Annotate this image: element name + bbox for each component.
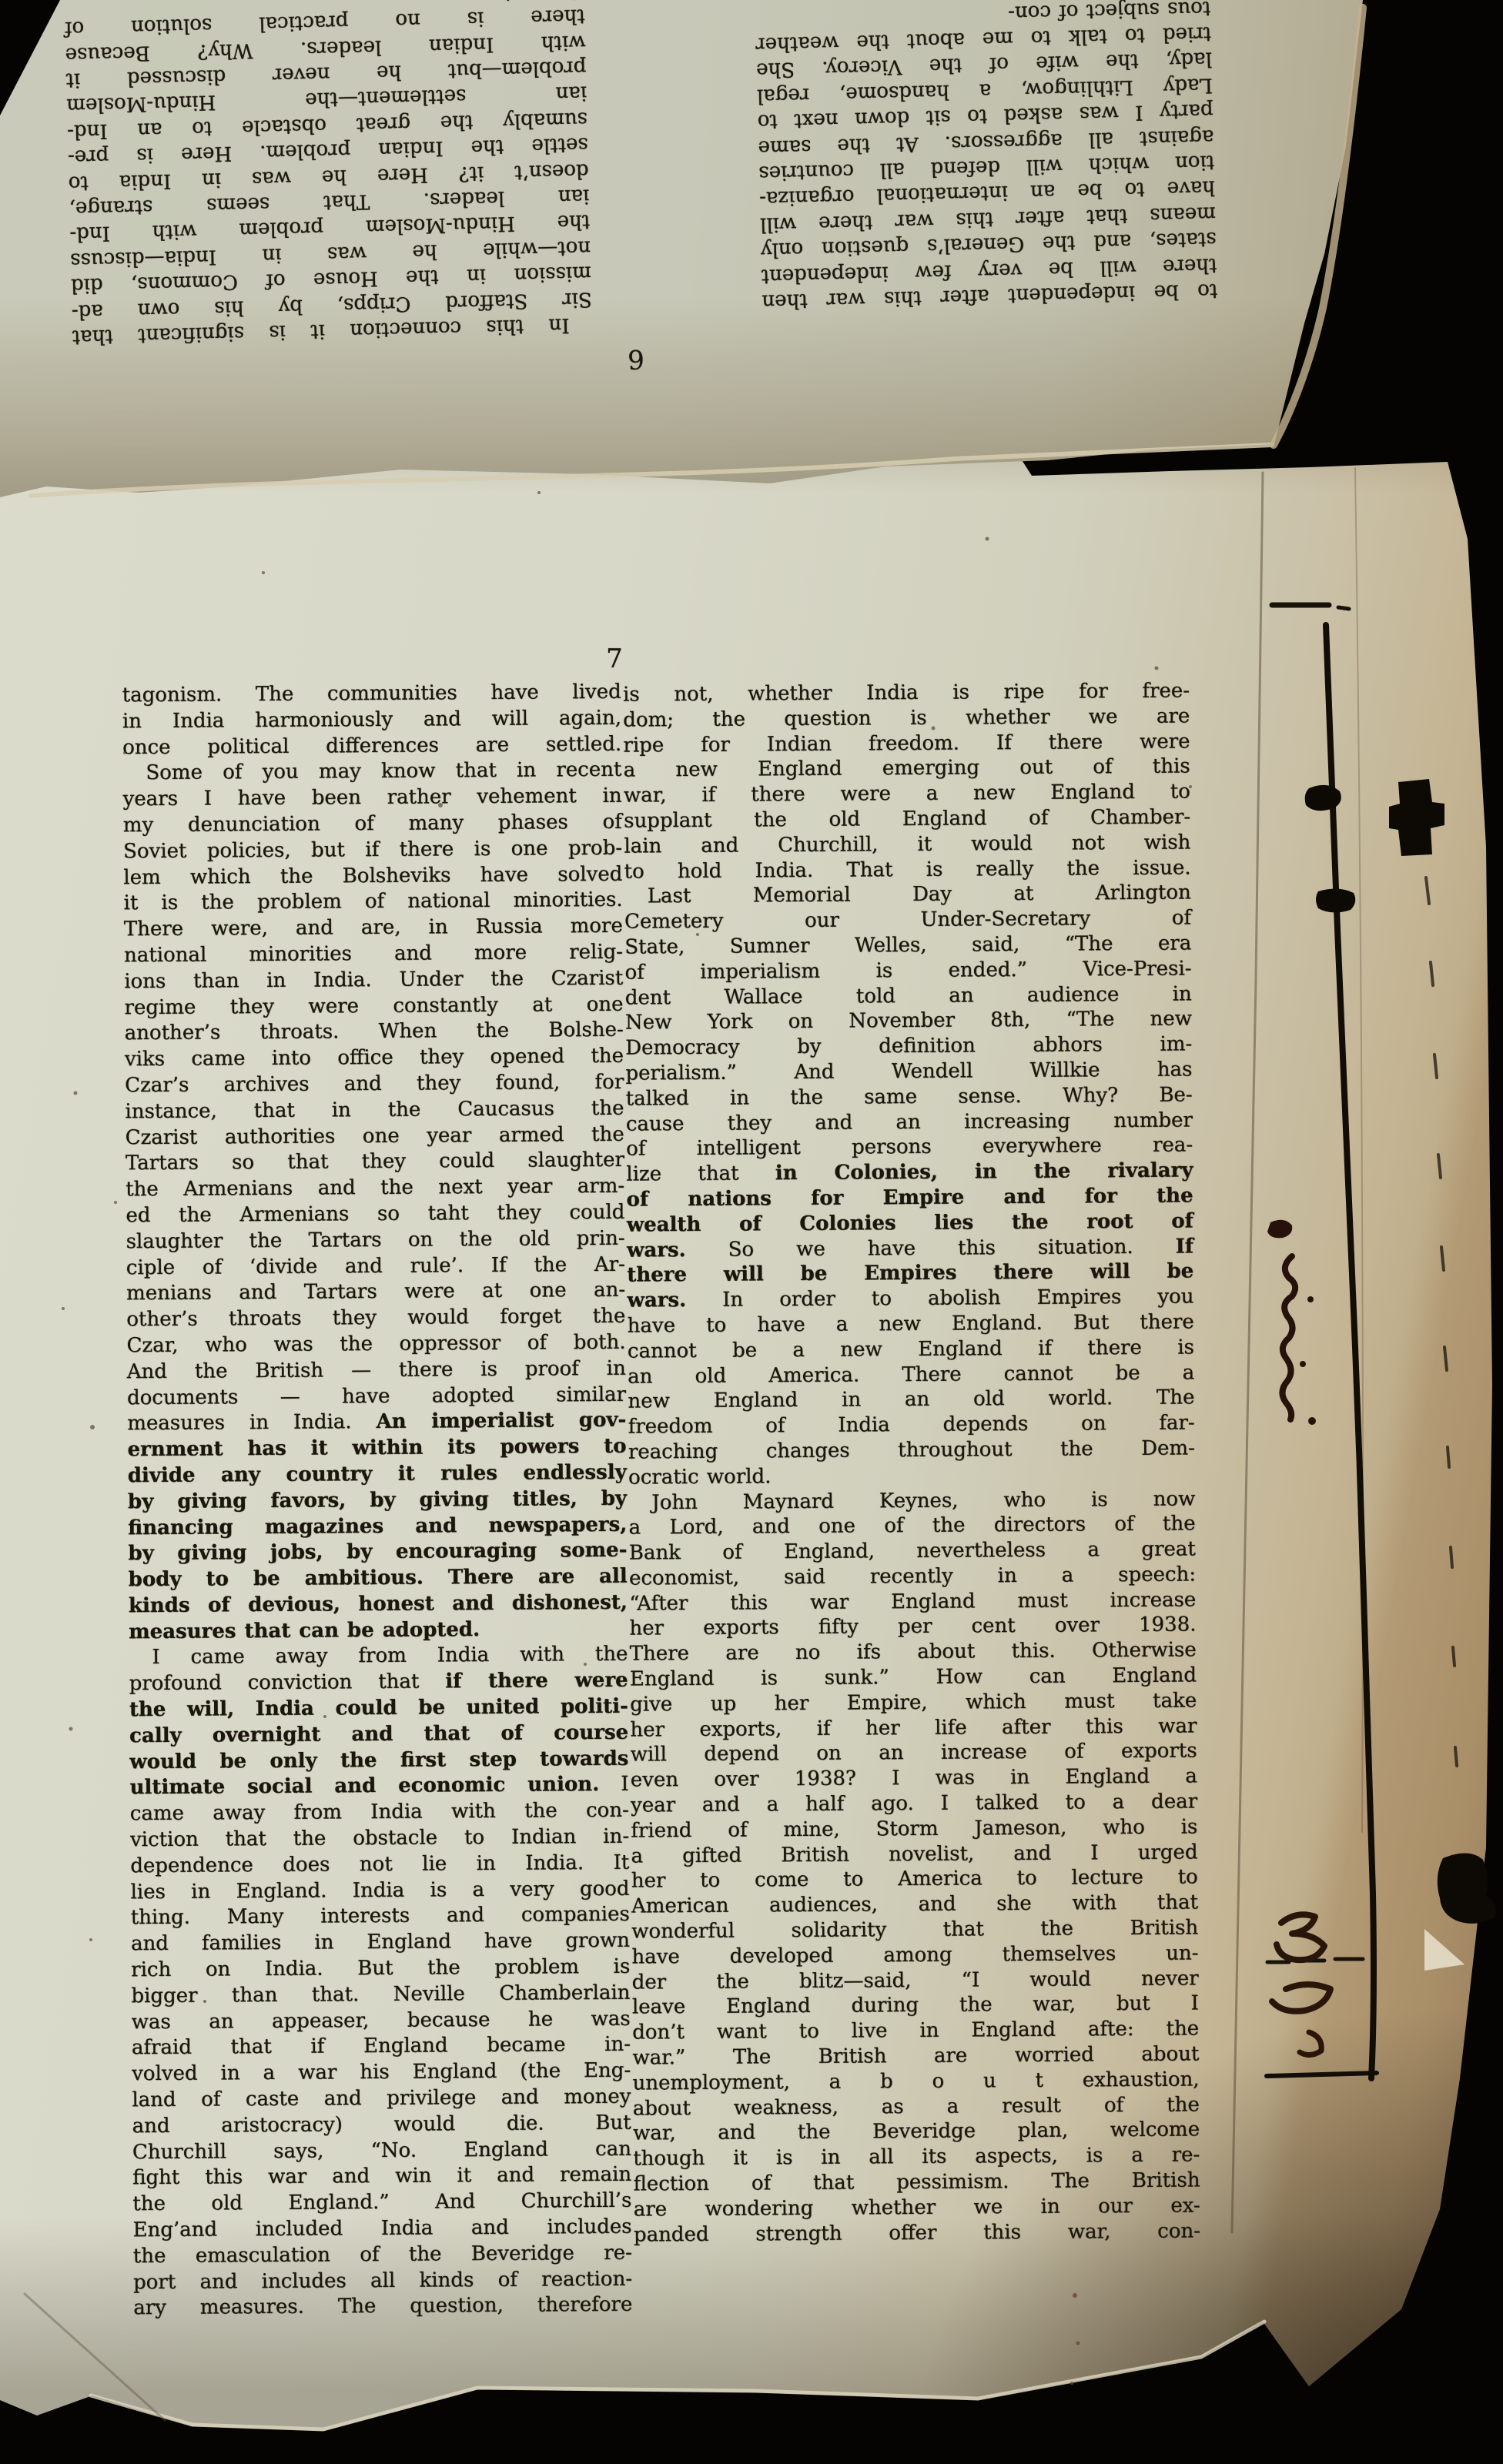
text-line: “After this war England must increase [629,1587,1196,1616]
top-page-right-column: to be independent after this war thenthe… [755,0,1218,314]
text-line: ed the Armenians so taht they could [126,1200,624,1229]
text-line: ernment has it within its powers to [127,1434,626,1463]
text-line: thing. Many interests and companies [131,1902,630,1931]
text-line: are wondering whether we in our ex- [634,2193,1200,2222]
text-line: the will, India could be united politi- [129,1694,628,1723]
text-line: war, if there were a new England to [624,780,1190,809]
text-line: is not, whether India is ripe for free- [623,678,1190,707]
text-line: of nations for Empire and for the [626,1183,1193,1212]
text-line: afraid that if England became in- [132,2032,631,2061]
text-line: And the British — there is proof in [127,1356,626,1385]
text-line: Last Memorial Day at Arlington [624,881,1191,910]
text-line: ripe for Indian freedom. If there were [623,729,1190,758]
text-line: the old England.” And Churchill’s [132,2188,631,2218]
text-line: panded strength offer this war, con- [634,2218,1200,2248]
text-line: talked in the same sense. Why? Be- [626,1082,1193,1112]
text-line: the emasculation of the Beveridge re- [133,2241,632,2270]
text-line: ocratic world. [628,1461,1195,1490]
text-line: instance, that in the Caucasus the [125,1096,624,1125]
text-line: body to be ambitious. There are all [129,1564,628,1593]
text-line: dent Wallace told an audience in [625,981,1192,1011]
text-line: cause they and an increasing number [626,1108,1193,1137]
text-line: was an appeaser, because he was [132,2006,631,2035]
text-line: years I have been rather vehement in [123,784,622,813]
text-line: lize that in Colonies, in the rivalary [626,1158,1193,1188]
text-line: of imperialism is ended.” Vice-Presi- [624,956,1191,985]
text-line: other’s throats they would forget the [126,1304,625,1333]
text-line: year and a half ago. I talked to a dear [631,1789,1197,1818]
text-line: ary measures. The question, therefore [133,2292,632,2322]
text-line: her exports, if her life after this war [630,1713,1197,1743]
text-line: wars. In order to abolish Empires you [627,1285,1193,1314]
text-line: volved in a war his England (the Eng- [132,2058,631,2088]
text-line: once political differences are settled. [122,731,621,761]
text-line: there will be Empires there will be [627,1259,1193,1289]
text-line: profound conviction that if there were [129,1668,628,1697]
text-line: menians and Tartars were at one an- [126,1278,625,1307]
main-page-left-column: tagonism. The communities have livedin I… [122,680,633,2322]
text-line: economist, said recently in a speech: [629,1562,1196,1591]
text-line: wars. So we have this situation. If [627,1234,1193,1263]
text-line: wonderful solidarity that the British [631,1915,1198,1944]
text-line: slaughter the Tartars on the old prin- [126,1225,625,1255]
text-line: bigger than that. Neville Chamberlain [131,1981,630,2010]
text-line: and aristocracy) would die. But [132,2111,631,2140]
main-page-number: 7 [594,644,634,674]
text-line: Czar’s archives and they found, for [125,1070,624,1099]
text-line: a gifted British novelist, and I urged [631,1840,1197,1869]
text-line: in India harmoniously and will again, [122,706,621,735]
text-line: Tartars so that they could slaughter [126,1148,624,1177]
text-line: though it is in all its aspects, is a re… [633,2143,1200,2172]
text-line: it is the problem of national minorities… [123,888,622,917]
text-line: American audiences, and she with that [631,1891,1198,1920]
text-line: and families in England have grown [131,1928,630,1957]
text-line: don’t want to live in England afte: the [632,2017,1199,2046]
scanned-pamphlet-spread: In this connection it is significant tha… [0,0,1503,2464]
text-line: land of caste and privilege and money [132,2085,631,2114]
text-line: measures in India. An imperialist gov- [127,1408,626,1437]
text-line: measures that can be adopted. [129,1616,628,1645]
text-line: Eng’and included India and includes [132,2215,631,2244]
text-line: freedom of India depends on far- [628,1411,1195,1440]
text-line: the Armenians and the next year arm- [126,1174,624,1203]
text-line: State, Sumner Welles, said, “The era [624,931,1191,960]
text-line: cally overnight and that of course [129,1720,628,1750]
text-line: lain and Churchill, it would not wish [624,830,1190,859]
text-line: dependence does not lie in India. It [130,1851,629,1880]
text-line: unemployment, a b o u t exhaustion, [633,2067,1200,2096]
text-line: lies in England. India is a very good [130,1876,629,1905]
text-line: another’s throats. When the Bolshe- [125,1018,624,1047]
text-line: documents — have adopted similar [127,1382,626,1411]
text-line: by giving favors, by giving titles, by [128,1486,627,1515]
text-line: leave England during the war, but I [632,1991,1199,2021]
text-line: to hold India. That is really the issue. [624,855,1191,884]
text-line: about weakness, as a result of the [633,2092,1200,2121]
text-line: flection of that pessimism. The British [633,2168,1200,2197]
text-line: viction that the obstacle to Indian in- [130,1824,629,1854]
text-line: friend of mine, Storm Jameson, who is [631,1814,1197,1844]
text-line: There were, and are, in Russia more [124,914,623,943]
text-line: give up her Empire, which must take [630,1688,1197,1717]
text-line: came away from India with the con- [130,1798,629,1827]
text-line: her to come to America to lecture to [631,1865,1198,1894]
text-line: national minorities and more relig- [124,940,623,969]
text-line: her exports fifty per cent over 1938. [629,1613,1196,1642]
text-line: cannot be a new England if there is [628,1335,1194,1364]
text-line: There are no ifs about this. Otherwise [630,1638,1197,1667]
text-line: New York on November 8th, “The new [625,1007,1192,1036]
text-line: divide any country it rules endlessly [128,1460,627,1489]
text-line: have developed among themselves un- [631,1941,1198,1970]
text-line: by giving jobs, by encouraging some- [128,1538,627,1567]
text-line: an old America. There cannot be a [628,1360,1194,1389]
text-line: Czarist authorities one year armed the [126,1122,624,1151]
top-page-number: 6 [615,343,656,374]
text-line: my denunciation of many phases of [123,810,622,839]
text-line: kinds of devious, honest and dishonest, [129,1590,628,1620]
text-line: John Maynard Keynes, who is now [628,1486,1195,1516]
text-line: Churchill says, “No. England can [132,2136,631,2165]
text-line: Some of you may know that in recent [122,757,621,787]
text-line: viks came into office they opened the [125,1044,624,1073]
text-line: Democracy by definition abhors im- [625,1032,1192,1061]
text-line: war, and the Beveridge plan, welcome [633,2118,1200,2147]
text-line: wealth of Colonies lies the root of [627,1209,1193,1238]
text-line: der the blitz—said, “I would never [632,1966,1199,1995]
text-line: Bank of England, nevertheless a great [629,1537,1196,1566]
text-line: new England in an old world. The [628,1386,1194,1415]
text-line: ions than in India. Under the Czarist [124,966,623,995]
text-line: have to have a new England. But there [628,1309,1194,1339]
text-line: fight this war and win it and remain [132,2162,631,2192]
text-line: ultimate social and economic union. I [129,1772,628,1801]
text-line: Cemetery our Under-Secretary of [624,906,1191,935]
main-page-right-column: is not, whether India is ripe for free-d… [623,678,1200,2247]
text-line: ciple of ‘divide and rule’. If the Ar- [126,1252,625,1281]
text-line: war.” The British are worried about [632,2041,1199,2071]
text-line: a new England emerging out of this [624,754,1190,784]
text-line: will depend on an increase of exports [631,1739,1197,1768]
text-line: even over 1938? I was in England a [631,1764,1197,1794]
text-line: a Lord, and one of the directors of the [628,1512,1195,1541]
text-line: lem which the Bolsheviks have solved [123,861,622,891]
text-line: Czar, who was the oppressor of both. [126,1330,625,1359]
text-line: reaching changes throughout the Dem- [628,1436,1195,1465]
top-page-left-column: In this connection it is significant tha… [63,0,593,349]
text-line: dom; the question is whether we are [623,704,1190,733]
text-line: tagonism. The communities have lived [122,680,621,709]
text-line: of intelligent persons everywhere rea- [626,1133,1193,1162]
text-line: rich on India. But the problem is [131,1954,630,1984]
text-line: regime they were constantly at one [124,991,623,1021]
text-line: Soviet policies, but if there is one pro… [123,836,622,865]
text-line: I came away from India with the [129,1642,628,1671]
text-line: financing magazines and newspapers, [128,1512,627,1541]
text-line: supplant the old England of Chamber- [624,804,1190,834]
text-line: would be only the first step towards [129,1746,628,1775]
text-line: England is sunk.” How can England [630,1663,1197,1693]
text-line: port and includes all kinds of reaction- [133,2266,632,2295]
text-line: perialism.” And Wendell Willkie has [625,1057,1192,1086]
